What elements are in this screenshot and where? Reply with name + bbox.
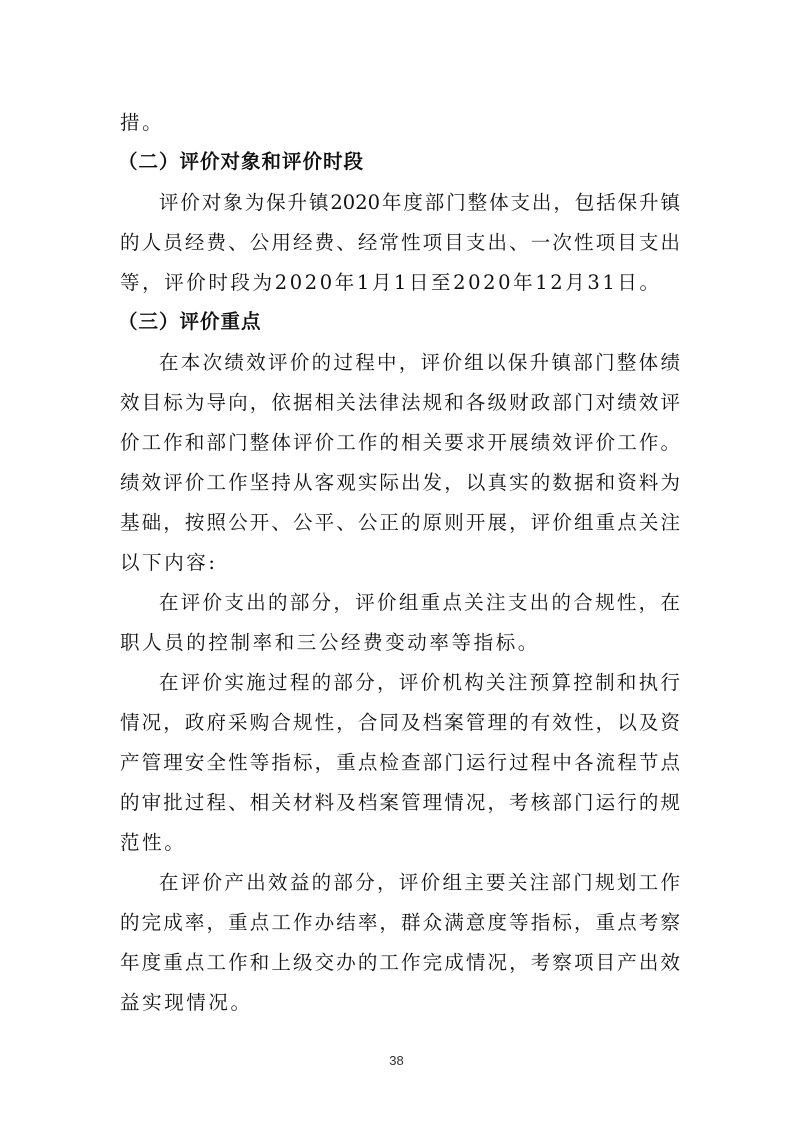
text-line: 的审批过程、相关材料及档案管理情况，考核部门运行的规 (120, 791, 680, 815)
text-line: 绩效评价工作坚持从客观实际出发，以真实的数据和资料为 (120, 471, 680, 495)
text-line: 效目标为导向，依据相关法律法规和各级财政部门对绩效评 (120, 391, 680, 415)
text-line: 的人员经费、公用经费、经常性项目支出、一次性项目支出 (120, 231, 680, 255)
section-heading: （三）评价重点 (118, 310, 678, 334)
text-line: 在评价实施过程的部分，评价机构关注预算控制和执行 (159, 671, 680, 695)
text-line: 在评价产出效益的部分，评价组主要关注部门规划工作 (159, 871, 680, 895)
page-number: 38 (0, 1053, 793, 1068)
text-line: 评价对象为保升镇2020年度部门整体支出，包括保升镇 (159, 191, 680, 215)
text-line: 的完成率，重点工作办结率，群众满意度等指标，重点考察 (120, 911, 680, 935)
text-line: 职人员的控制率和三公经费变动率等指标。 (120, 631, 680, 655)
text-line: 情况，政府采购合规性，合同及档案管理的有效性，以及资 (120, 711, 680, 735)
section-heading: （二）评价对象和评价时段 (118, 150, 678, 174)
text-line: 在评价支出的部分，评价组重点关注支出的合规性，在 (159, 591, 680, 615)
text-line: 益实现情况。 (120, 991, 680, 1015)
text-line: 措。 (120, 111, 680, 135)
text-line: 产管理安全性等指标，重点检查部门运行过程中各流程节点 (120, 751, 680, 775)
text-line: 在本次绩效评价的过程中，评价组以保升镇部门整体绩 (159, 351, 680, 375)
text-line: 年度重点工作和上级交办的工作完成情况，考察项目产出效 (120, 951, 680, 975)
text-line: 范性。 (120, 831, 680, 855)
text-line: 以下内容: (120, 551, 680, 575)
text-line: 价工作和部门整体评价工作的相关要求开展绩效评价工作。 (120, 431, 680, 455)
text-line: 基础，按照公开、公平、公正的原则开展，评价组重点关注 (120, 511, 680, 535)
text-line: 等，评价时段为2020年1月1日至2020年12月31日。 (120, 271, 680, 295)
